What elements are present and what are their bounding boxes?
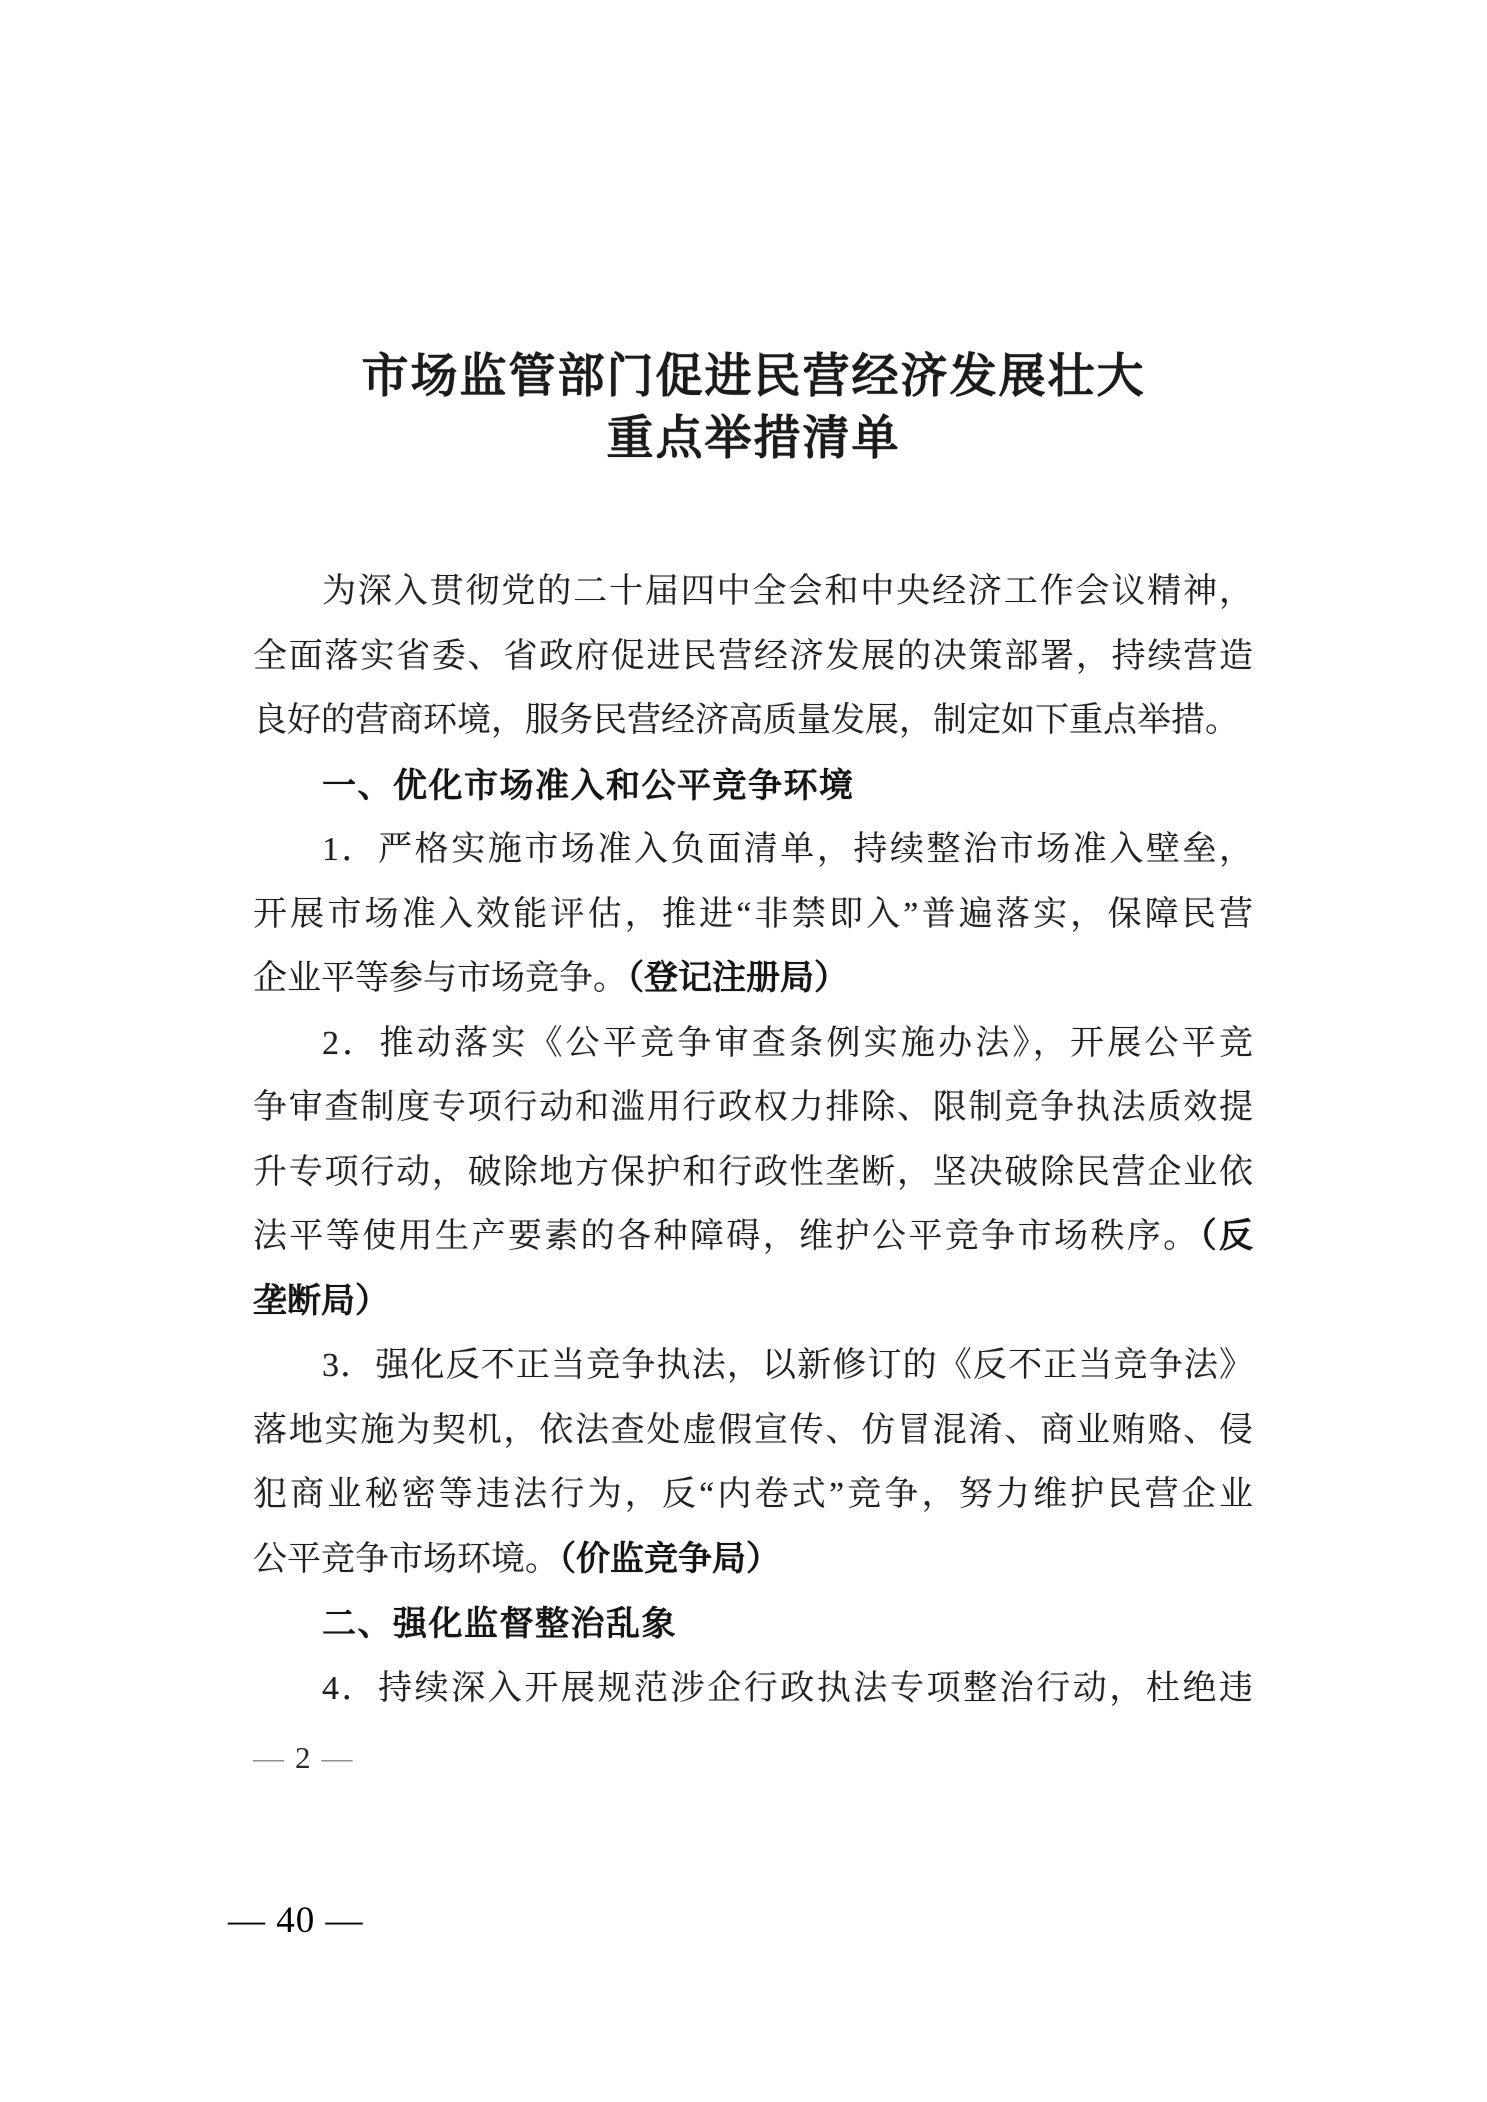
text-run: 犯商业秘密等违法行为，反“内卷式”竞争，努力维护民营企业 bbox=[253, 1476, 1253, 1513]
scan-page-number-left-dash: — bbox=[253, 1740, 285, 1775]
scan-page-number-right-dash: — bbox=[322, 1740, 354, 1775]
text-run: 落地实施为契机，依法查处虚假宣传、仿冒混淆、商业贿赂、侵 bbox=[253, 1412, 1253, 1449]
text-run: 良好的营商环境，服务民营经济高质量发展，制定如下重点举措。 bbox=[253, 702, 1239, 739]
text-run: 全面落实省委、省政府促进民营经济发展的决策部署，持续营造 bbox=[253, 638, 1253, 675]
text-run: 一、优化市场准入和公平竞争环境 bbox=[322, 767, 855, 805]
outer-page-number: — 40 — bbox=[228, 1899, 364, 1942]
document-title-line-2: 重点举措清单 bbox=[20, 408, 1487, 470]
scan-page-number: —2— bbox=[253, 1740, 354, 1776]
text-run: 公平竞争市场环境。 bbox=[253, 1541, 559, 1578]
text-line: 法平等使用生产要素的各种障碍，维护公平竞争市场秩序。（反 bbox=[253, 1205, 1253, 1270]
document-title-line-1: 市场监管部门促进民营经济发展壮大 bbox=[20, 346, 1487, 408]
department-label: （价监竞争局） bbox=[559, 1541, 780, 1578]
document-body: 为深入贯彻党的二十届四中全会和中央经济工作会议精神，全面落实省委、省政府促进民营… bbox=[253, 560, 1253, 1721]
text-run: 企业平等参与市场竞争。 bbox=[253, 960, 627, 997]
text-run: 争审查制度专项行动和滥用行政权力排除、限制竞争执法质效提 bbox=[253, 1089, 1253, 1126]
department-label: （登记注册局） bbox=[627, 960, 848, 997]
text-line: 4．持续深入开展规范涉企行政执法专项整治行动，杜绝违 bbox=[253, 1657, 1253, 1722]
text-line: 2．推动落实《公平竞争审查条例实施办法》，开展公平竞 bbox=[253, 1012, 1253, 1077]
text-line: 开展市场准入效能评估，推进“非禁即入”普遍落实，保障民营 bbox=[253, 883, 1253, 948]
text-line: 为深入贯彻党的二十届四中全会和中央经济工作会议精神， bbox=[253, 560, 1253, 625]
text-line: 犯商业秘密等违法行为，反“内卷式”竞争，努力维护民营企业 bbox=[253, 1463, 1253, 1528]
department-label: 垄断局） bbox=[253, 1283, 389, 1320]
text-line: 1．严格实施市场准入负面清单，持续整治市场准入壁垒， bbox=[253, 818, 1253, 883]
text-line: 3．强化反不正当竞争执法，以新修订的《反不正当竞争法》 bbox=[253, 1334, 1253, 1399]
text-run: 4．持续深入开展规范涉企行政执法专项整治行动，杜绝违 bbox=[322, 1670, 1253, 1707]
text-run: 升专项行动，破除地方保护和行政性垄断，坚决破除民营企业依 bbox=[253, 1154, 1253, 1191]
department-label: （反 bbox=[1200, 1218, 1253, 1255]
text-line: 争审查制度专项行动和滥用行政权力排除、限制竞争执法质效提 bbox=[253, 1076, 1253, 1141]
text-line: 良好的营商环境，服务民营经济高质量发展，制定如下重点举措。 bbox=[253, 689, 1253, 754]
document-title: 市场监管部门促进民营经济发展壮大 重点举措清单 bbox=[20, 346, 1487, 470]
text-run: 3．强化反不正当竞争执法，以新修订的《反不正当竞争法》 bbox=[322, 1347, 1253, 1384]
text-line: 垄断局） bbox=[253, 1270, 1253, 1335]
text-line: 公平竞争市场环境。（价监竞争局） bbox=[253, 1528, 1253, 1593]
scan-page-number-value: 2 bbox=[285, 1740, 322, 1775]
text-run: 为深入贯彻党的二十届四中全会和中央经济工作会议精神， bbox=[322, 573, 1253, 610]
document-page: 市场监管部门促进民营经济发展壮大 重点举措清单 为深入贯彻党的二十届四中全会和中… bbox=[0, 0, 1487, 2102]
text-line: 落地实施为契机，依法查处虚假宣传、仿冒混淆、商业贿赂、侵 bbox=[253, 1399, 1253, 1464]
section-heading: 一、优化市场准入和公平竞争环境 bbox=[253, 754, 1253, 819]
text-line: 升专项行动，破除地方保护和行政性垄断，坚决破除民营企业依 bbox=[253, 1141, 1253, 1206]
text-line: 企业平等参与市场竞争。（登记注册局） bbox=[253, 947, 1253, 1012]
text-run: 二、强化监督整治乱象 bbox=[322, 1605, 677, 1643]
text-run: 1．严格实施市场准入负面清单，持续整治市场准入壁垒， bbox=[322, 831, 1253, 868]
text-run: 2．推动落实《公平竞争审查条例实施办法》，开展公平竞 bbox=[322, 1025, 1253, 1062]
text-run: 开展市场准入效能评估，推进“非禁即入”普遍落实，保障民营 bbox=[253, 896, 1253, 933]
section-heading: 二、强化监督整治乱象 bbox=[253, 1592, 1253, 1657]
text-run: 法平等使用生产要素的各种障碍，维护公平竞争市场秩序。 bbox=[253, 1218, 1200, 1255]
text-line: 全面落实省委、省政府促进民营经济发展的决策部署，持续营造 bbox=[253, 625, 1253, 690]
